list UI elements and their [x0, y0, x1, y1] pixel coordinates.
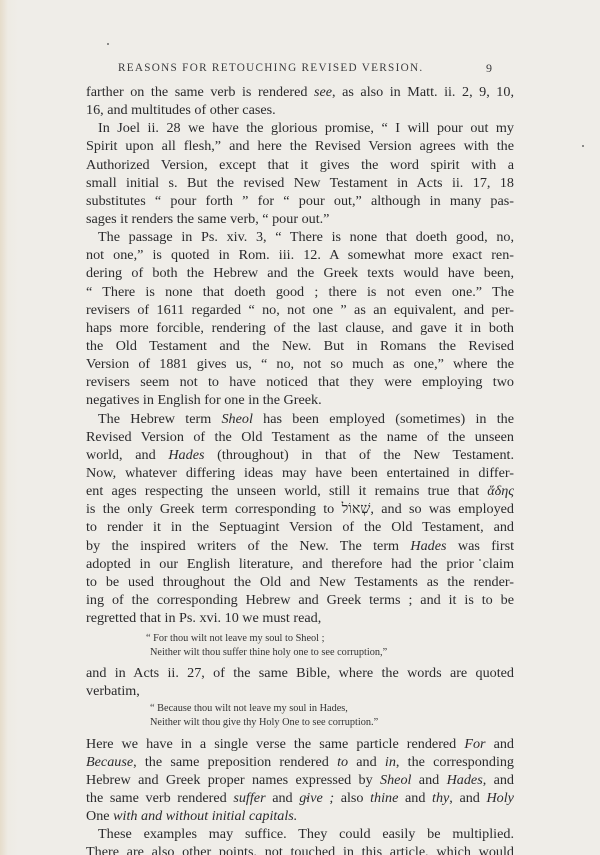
text-line: not one,” is quoted in Rom. iii. 12. A s… — [86, 246, 514, 264]
text-line: by the inspired writers of the New. The … — [86, 537, 514, 555]
book-page: REASONS FOR RETOUCHING REVISED VERSION. … — [0, 0, 600, 855]
text-line: regretted that in Ps. xvi. 10 we must re… — [86, 609, 514, 627]
text-line: sages it renders the same verb, “ pour o… — [86, 210, 514, 228]
paragraph: Here we have in a single verse the same … — [86, 735, 514, 826]
running-head-title: REASONS FOR RETOUCHING REVISED VERSION. — [118, 62, 498, 74]
text-line: the same verb rendered suffer and give ;… — [86, 789, 514, 807]
text-line: 16, and multitudes of other cases. — [86, 101, 514, 119]
text-line: Revised Version of the Old Testament as … — [86, 428, 514, 446]
quote-line: Neither wilt thou suffer thine holy one … — [146, 646, 514, 660]
text-line: haps more forcible, rendering of the las… — [86, 319, 514, 337]
block-quote-psalm: “ For thou wilt not leave my soul to She… — [86, 632, 514, 660]
text-line: verbatim, — [86, 682, 514, 700]
quote-line: Neither wilt thou give thy Holy One to s… — [150, 716, 514, 730]
text-line: and in Acts ii. 27, of the same Bible, w… — [86, 664, 514, 682]
quote-line: “ For thou wilt not leave my soul to She… — [146, 632, 514, 646]
text-line: One with and without initial capitals. — [86, 807, 514, 825]
block-quote-acts: “ Because thou wilt not leave my soul in… — [86, 702, 514, 730]
text-line: farther on the same verb is rendered see… — [86, 83, 514, 101]
body-text: farther on the same verb is rendered see… — [86, 83, 514, 855]
text-line: “ There is none that doeth good ; there … — [86, 283, 514, 301]
text-line: substitutes “ pour forth ” for “ pour ou… — [86, 192, 514, 210]
page-number: 9 — [486, 61, 492, 76]
text-line: revisers of 1611 regarded “ no, not one … — [86, 301, 514, 319]
text-line: ent ages respecting the unseen world, st… — [86, 482, 514, 500]
text-line: to be used throughout the Old and New Te… — [86, 573, 514, 591]
quote-line: “ Because thou wilt not leave my soul in… — [150, 702, 514, 716]
text-line: small initial s. But the revised New Tes… — [86, 174, 514, 192]
text-line: to render it in the Septuagint Version o… — [86, 518, 514, 536]
paragraph: The Hebrew term Sheol has been employed … — [86, 410, 514, 628]
text-line: In Joel ii. 28 we have the glorious prom… — [86, 119, 514, 137]
paragraph: These examples may suffice. They could e… — [86, 825, 514, 855]
text-line: the Old Testament and the New. But in Ro… — [86, 337, 514, 355]
text-line: is the only Greek term corresponding to … — [86, 500, 514, 518]
text-line: negatives in English for one in the Gree… — [86, 391, 514, 409]
ink-speck — [582, 145, 584, 147]
text-line: adopted in our English literature, and t… — [86, 555, 514, 573]
ink-speck — [107, 43, 109, 45]
text-line: Authorized Version, except that it gives… — [86, 156, 514, 174]
text-line: world, and Hades (throughout) in that of… — [86, 446, 514, 464]
text-line: revisers seem not to have noticed that t… — [86, 373, 514, 391]
text-line: dering of both the Hebrew and the Greek … — [86, 264, 514, 282]
text-line: The Hebrew term Sheol has been employed … — [86, 410, 514, 428]
paragraphs-after-quotes: Here we have in a single verse the same … — [86, 735, 514, 855]
paragraphs: farther on the same verb is rendered see… — [86, 83, 514, 627]
text-line: Because, the same preposition rendered t… — [86, 753, 514, 771]
text-line: Spirit upon all flesh,” and here the Rev… — [86, 137, 514, 155]
text-line: These examples may suffice. They could e… — [86, 825, 514, 843]
text-line: Hebrew and Greek proper names expressed … — [86, 771, 514, 789]
paragraph: In Joel ii. 28 we have the glorious prom… — [86, 119, 514, 228]
text-line: The passage in Ps. xiv. 3, “ There is no… — [86, 228, 514, 246]
text-line: Version of 1881 gives us, “ no, not so m… — [86, 355, 514, 373]
text-line: ing of the corresponding Hebrew and Gree… — [86, 591, 514, 609]
text-line: Now, whatever differing ideas may have b… — [86, 464, 514, 482]
paragraph: farther on the same verb is rendered see… — [86, 83, 514, 119]
text-line: Here we have in a single verse the same … — [86, 735, 514, 753]
text-line: There are also other points, not touched… — [86, 843, 514, 855]
paragraph: The passage in Ps. xiv. 3, “ There is no… — [86, 228, 514, 409]
